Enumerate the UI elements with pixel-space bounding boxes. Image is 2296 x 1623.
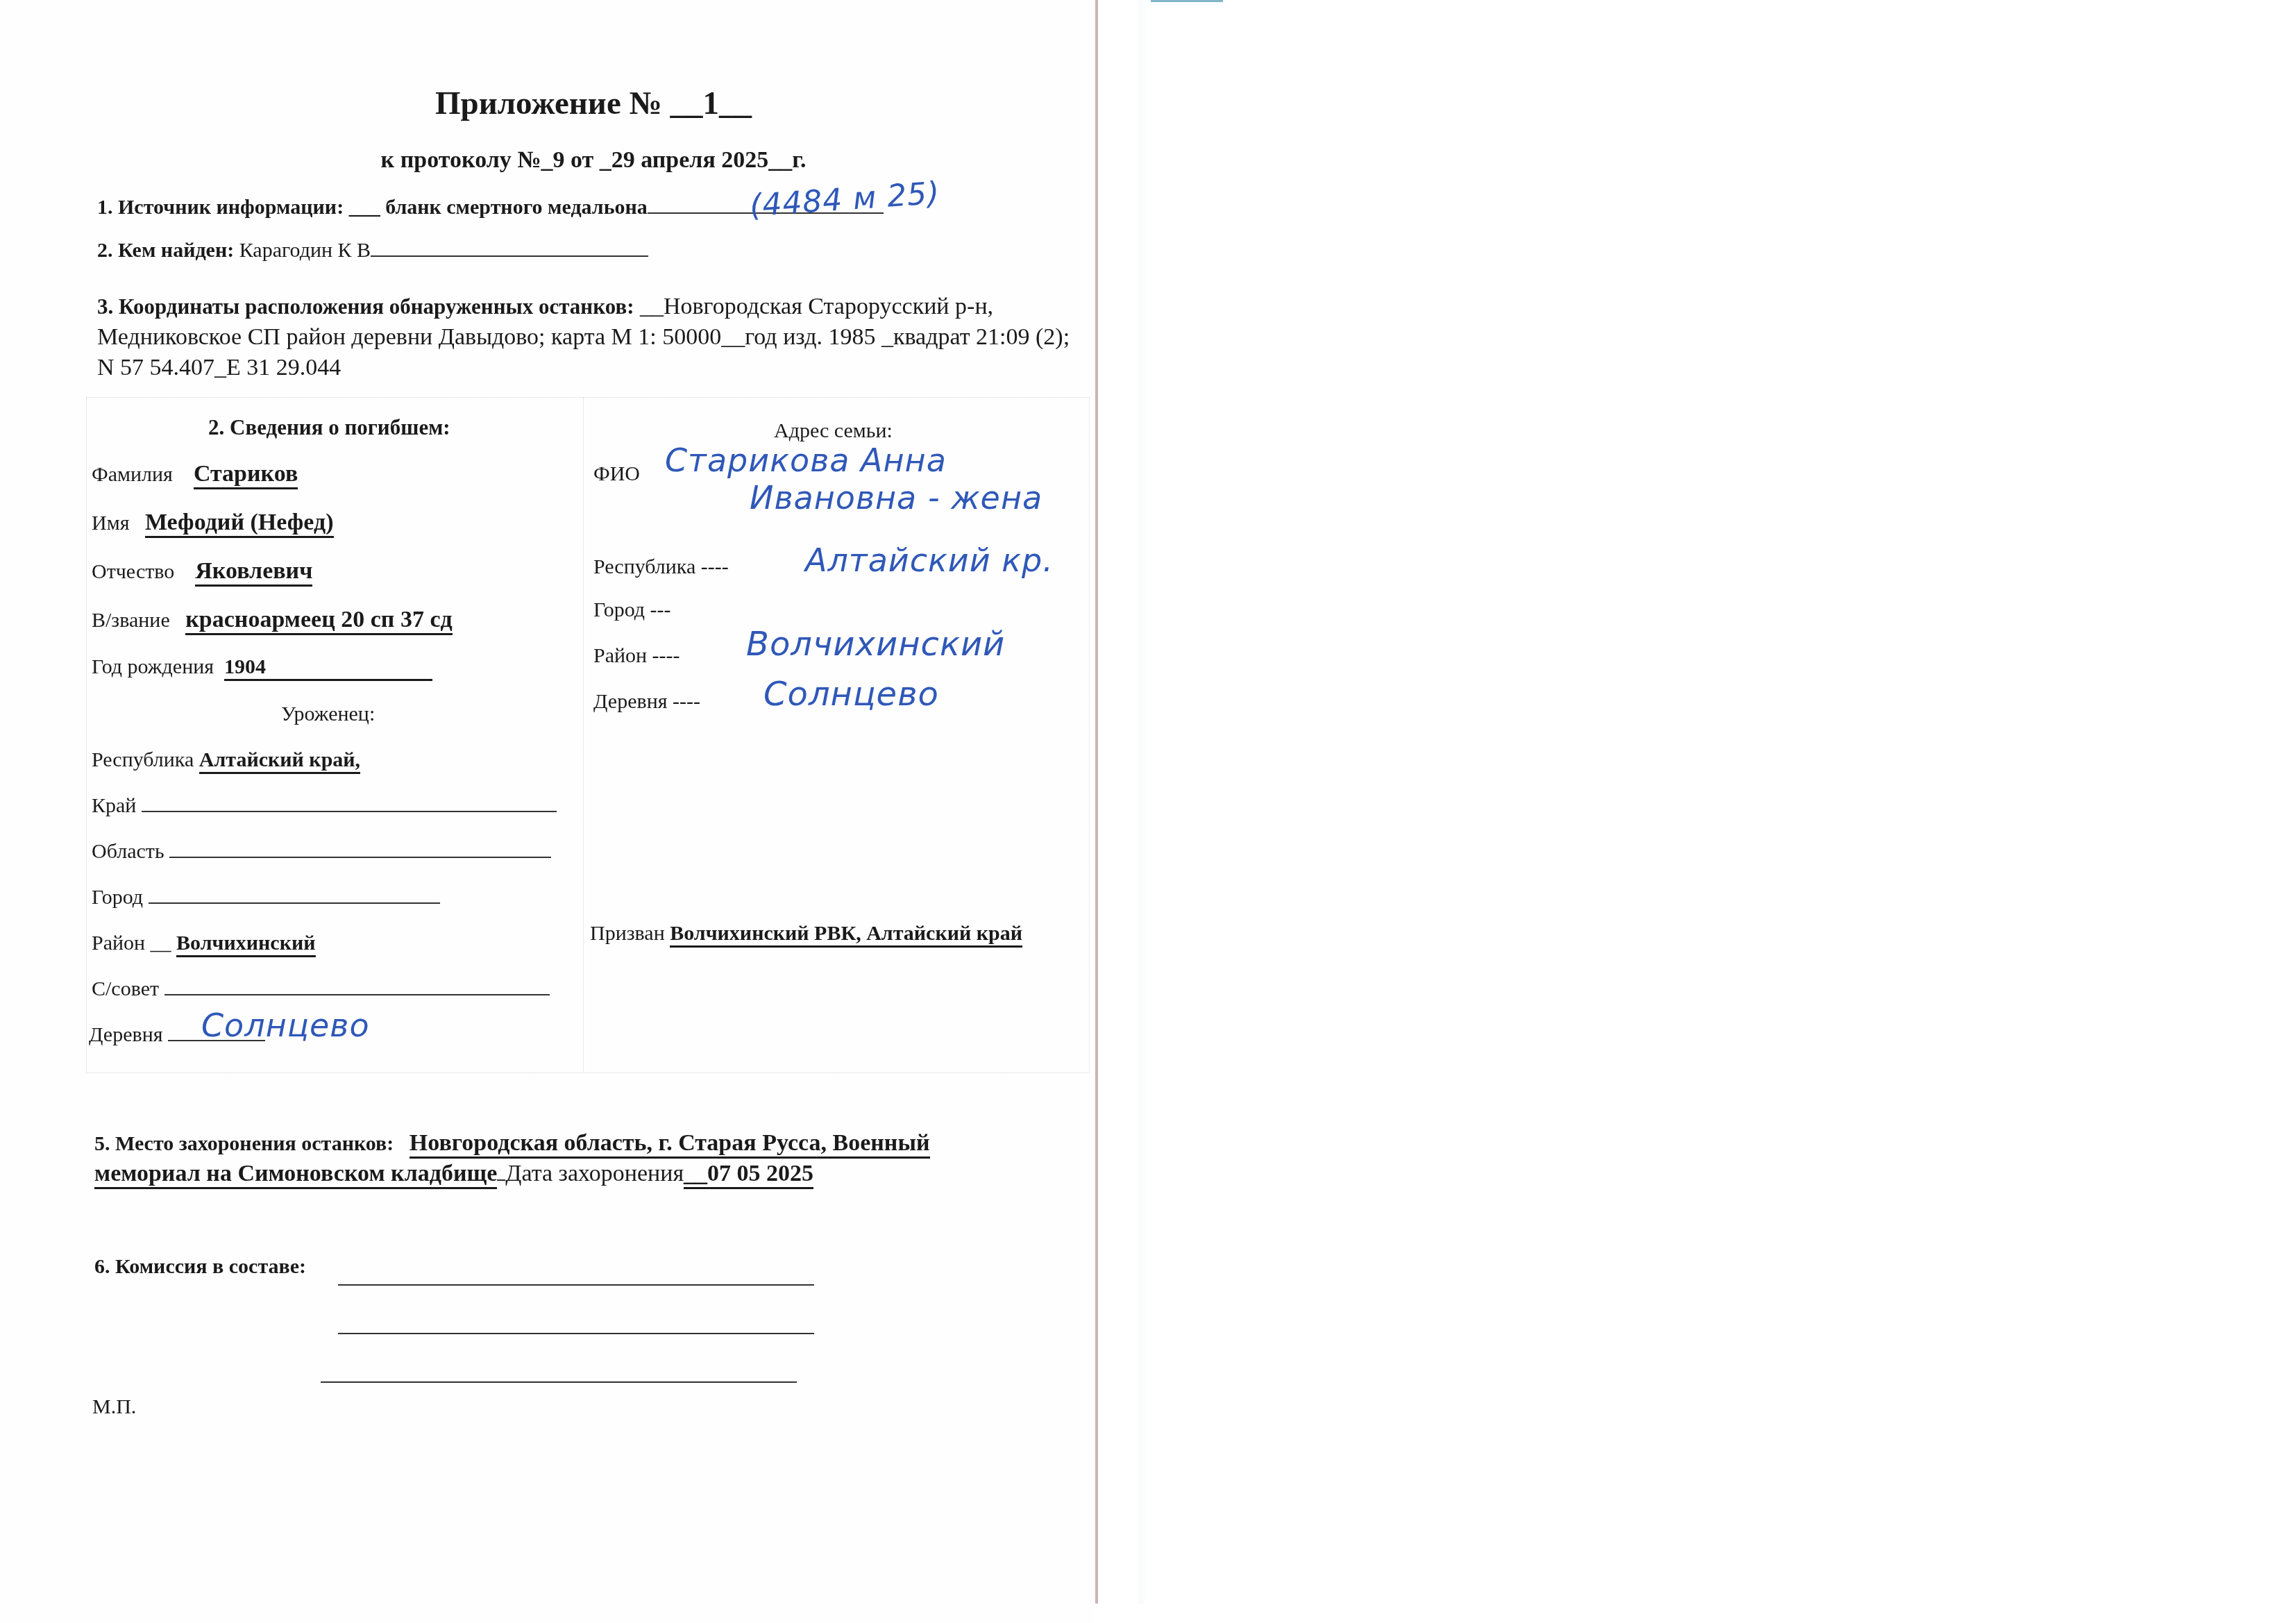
- native-krai: Край: [92, 794, 557, 818]
- burial-place-row2: мемориал на Симоновском кладбищеДата зах…: [94, 1161, 813, 1187]
- deceased-heading: 2. Сведения о погибшем:: [208, 415, 450, 440]
- patronymic-value: Яковлевич: [195, 558, 312, 587]
- handwritten-medallion-number: (4484 м 25): [749, 175, 941, 224]
- native-heading: Уроженец:: [281, 703, 375, 726]
- rank-value: красноармеец 20 сп 37 сд: [185, 607, 452, 635]
- family-republic-value: Алтайский кр.: [805, 541, 1054, 579]
- burial-place-value-line2: мемориал на Симоновском кладбище: [94, 1161, 497, 1189]
- coordinates-label: 3. Координаты расположения обнаруженных …: [97, 294, 634, 319]
- found-by-blank: [371, 254, 648, 257]
- commission-signature-line-1: [338, 1283, 814, 1286]
- scan-edge-mark: [1151, 0, 1223, 2]
- info-source-value: ___ бланк смертного медальона: [349, 196, 648, 219]
- family-district-value: Волчихинский: [746, 625, 1005, 664]
- found-by-value: Карагодин К В: [239, 239, 371, 262]
- commission-signature-line-2: [338, 1331, 814, 1334]
- burial-date-value: __07 05 2025: [684, 1161, 813, 1189]
- burial-place-row1: 5. Место захоронения останков: Новгородс…: [94, 1130, 930, 1157]
- field-birth-year: Год рождения 1904: [92, 655, 432, 681]
- family-fio-line2: Ивановна - жена: [750, 479, 1043, 516]
- found-by-label: 2. Кем найден:: [97, 239, 234, 262]
- native-republic-value: Алтайский край,: [199, 748, 360, 774]
- commission-label: 6. Комиссия в составе:: [94, 1255, 306, 1278]
- found-by-row: 2. Кем найден: Карагодин К В: [97, 239, 648, 262]
- protocol-reference: к протоколу №_9 от _29 апреля 2025__г.: [0, 147, 1187, 174]
- native-city: Город: [92, 886, 440, 909]
- native-selsovet: С/совет: [92, 977, 550, 1001]
- info-source-label: 1. Источник информации:: [97, 196, 344, 219]
- burial-date-label: Дата захоронения: [505, 1161, 684, 1186]
- surname-value: Стариков: [194, 461, 298, 489]
- drafted-row: Призван Волчихинский РВК, Алтайский край: [590, 922, 1022, 945]
- document-title: Приложение № __1__: [0, 85, 1187, 122]
- native-district: Район __ Волчихинский: [92, 932, 316, 955]
- family-city-label: Город ---: [593, 598, 671, 622]
- page-fold-line: [1095, 0, 1098, 1604]
- drafted-value: Волчихинский РВК, Алтайский край: [670, 922, 1022, 948]
- page-fold-shadow: [1138, 0, 1148, 1604]
- field-patronymic: Отчество Яковлевич: [92, 558, 312, 585]
- family-republic-label: Республика ----: [593, 555, 729, 579]
- birth-year-value: 1904: [224, 655, 432, 681]
- family-fio-line1: Старикова Анна: [665, 442, 947, 479]
- commission-row: 6. Комиссия в составе:: [94, 1255, 306, 1279]
- commission-signature-line-3: [321, 1380, 797, 1383]
- name-value: Мефодий (Нефед): [145, 510, 334, 538]
- native-village-handwritten: Солнцево: [201, 1007, 370, 1044]
- native-district-value: Волчихинский: [176, 932, 315, 957]
- document-page: Приложение № __1__ к протоколу №_9 от _2…: [0, 0, 1095, 1623]
- field-name: Имя Мефодий (Нефед): [92, 510, 334, 536]
- table-divider: [583, 397, 584, 1072]
- native-oblast: Область: [92, 840, 551, 864]
- family-district-label: Район ----: [593, 644, 680, 668]
- stamp-placeholder: М.П.: [92, 1395, 136, 1419]
- family-village-value: Солнцево: [763, 675, 939, 714]
- family-heading: Адрес семьи:: [774, 419, 893, 443]
- burial-place-value-line1: Новгородская область, г. Старая Русса, В…: [410, 1130, 930, 1159]
- native-republic: Республика Алтайский край,: [92, 748, 360, 772]
- field-rank: В/звание красноармеец 20 сп 37 сд: [92, 607, 453, 633]
- family-village-label: Деревня ----: [593, 690, 700, 714]
- burial-place-label: 5. Место захоронения останков:: [94, 1132, 394, 1155]
- field-surname: Фамилия Стариков: [92, 461, 298, 487]
- coordinates-block: 3. Координаты расположения обнаруженных …: [97, 292, 1090, 383]
- family-fio-label: ФИО: [593, 462, 640, 486]
